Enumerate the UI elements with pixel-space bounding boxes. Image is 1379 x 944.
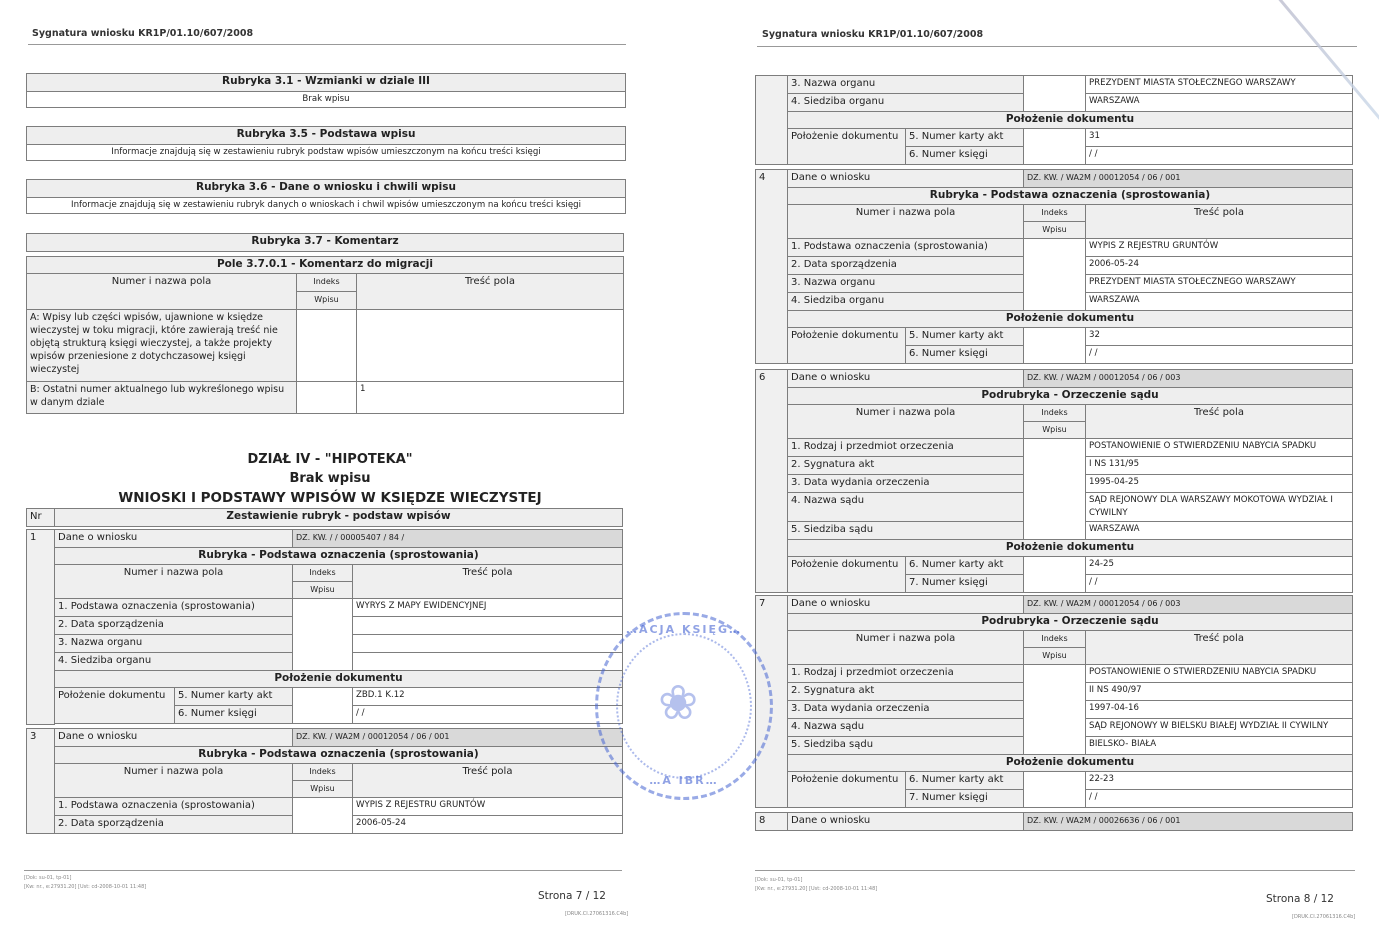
field-value: ZBD.1 K.12 — [353, 688, 623, 706]
field-name: 5. Numer karty akt — [175, 688, 293, 706]
field-index — [1024, 772, 1086, 808]
field-name: 4. Siedziba organu — [55, 653, 293, 671]
rubryka-content: Informacje znajdują się w zestawieniu ru… — [27, 145, 626, 161]
signature: Sygnatura wniosku KR1P/01.10/607/2008 — [32, 28, 253, 39]
nr-header: Nr — [27, 509, 55, 527]
field-value: WARSZAWA — [1086, 94, 1353, 112]
entry-number: 6 — [756, 370, 788, 593]
field-value: WARSZAWA — [1086, 293, 1353, 311]
col-content-header: Treść pola — [353, 565, 623, 599]
entry-number-cont — [756, 76, 788, 165]
col-index-header: Indeks — [297, 274, 357, 292]
field-value: SĄD REJONOWY W BIELSKU BIAŁEJ WYDZIAŁ II… — [1086, 719, 1353, 737]
page-number: Strona 8 / 12 — [1266, 893, 1334, 905]
rubryka-title: Podrubryka - Orzeczenie sądu — [788, 614, 1353, 631]
field-name: 2. Data sporządzenia — [55, 617, 293, 635]
field-value: WYPIS Z REJESTRU GRUNTÓW — [1086, 239, 1353, 257]
rubryka-3-6: Rubryka 3.6 - Dane o wniosku i chwili wp… — [26, 179, 626, 214]
field-value: WARSZAWA — [1086, 522, 1353, 540]
page-left: Sygnatura wniosku KR1P/01.10/607/2008 Ru… — [0, 0, 660, 944]
field-name: 1. Rodzaj i przedmiot orzeczenia — [788, 439, 1024, 457]
polozenie-title: Położenie dokumentu — [788, 112, 1353, 129]
field-name: 6. Numer księgi — [175, 706, 293, 724]
field-index — [293, 798, 353, 834]
dzial-iv-status: Brak wpisu — [0, 471, 660, 486]
rubryka-3-1: Rubryka 3.1 - Wzmianki w dziale III Brak… — [26, 73, 626, 108]
dane-value: DZ. KW. / WA2M / 00012054 / 06 / 001 — [293, 729, 623, 747]
col-name-header: Numer i nazwa pola — [55, 764, 293, 798]
polozenie-label: Położenie dokumentu — [55, 688, 175, 724]
field-name: 3. Nazwa organu — [55, 635, 293, 653]
dane-label: Dane o wniosku — [55, 729, 293, 747]
field-value: WYRYS Z MAPY EWIDENCYJNEJ — [353, 599, 623, 617]
field-value: PREZYDENT MIASTA STOŁECZNEGO WARSZAWY — [1086, 275, 1353, 293]
col-content-header: Treść pola — [353, 764, 623, 798]
signature: Sygnatura wniosku KR1P/01.10/607/2008 — [762, 29, 983, 40]
field-index — [1024, 328, 1086, 364]
footer-doc-info: [Dok: su-01, tp-01] — [24, 874, 71, 882]
field-name: 2. Sygnatura akt — [788, 457, 1024, 475]
field-name: 2. Data sporządzenia — [788, 257, 1024, 275]
footer-kw-info: [Kw: nr., e:27931.20] [Ust: cd-2008-10-0… — [755, 885, 877, 893]
dane-label: Dane o wniosku — [788, 596, 1024, 614]
stamp-top-text: …ACJA KSIĘG… — [598, 623, 770, 636]
rubryka-title: Rubryka 3.7 - Komentarz — [27, 234, 624, 252]
rubryka-title: Rubryka 3.1 - Wzmianki w dziale III — [27, 74, 626, 92]
field-value: 1 — [357, 382, 624, 414]
field-value: BIELSKO- BIAŁA — [1086, 737, 1353, 755]
field-name: 6. Numer karty akt — [906, 557, 1024, 575]
field-name: 7. Numer księgi — [906, 575, 1024, 593]
col-wpisu-header: Wpisu — [293, 781, 353, 798]
dzial-iv-title: DZIAŁ IV - "HIPOTEKA" — [0, 452, 660, 467]
col-content-header: Treść pola — [1086, 405, 1353, 439]
header-divider — [28, 44, 626, 45]
field-name: 3. Data wydania orzeczenia — [788, 701, 1024, 719]
field-name: 3. Data wydania orzeczenia — [788, 475, 1024, 493]
field-index — [297, 382, 357, 414]
rubryka-title: Rubryka 3.6 - Dane o wniosku i chwili wp… — [27, 180, 626, 198]
field-index — [1024, 439, 1086, 540]
pole-3-7-0-1: Pole 3.7.0.1 - Komentarz do migracji Num… — [26, 256, 624, 414]
field-value: / / — [1086, 790, 1353, 808]
polozenie-title: Położenie dokumentu — [788, 540, 1353, 557]
polozenie-label: Położenie dokumentu — [788, 328, 906, 364]
rubryka-3-5: Rubryka 3.5 - Podstawa wpisu Informacje … — [26, 126, 626, 161]
pole-title: Pole 3.7.0.1 - Komentarz do migracji — [27, 257, 624, 274]
rubryka-title: Rubryka - Podstawa oznaczenia (sprostowa… — [55, 747, 623, 764]
field-name: 2. Data sporządzenia — [55, 816, 293, 834]
field-value: / / — [1086, 346, 1353, 364]
field-value: I NS 131/95 — [1086, 457, 1353, 475]
page-right: Sygnatura wniosku KR1P/01.10/607/2008 3.… — [735, 0, 1379, 944]
field-value: 2006-05-24 — [353, 816, 623, 834]
dane-value: DZ. KW. / WA2M / 00026636 / 06 / 001 — [1024, 813, 1353, 831]
field-value: II NS 490/97 — [1086, 683, 1353, 701]
footer-print-code: [DRUK.CI.27061316.C4b] — [565, 910, 628, 918]
field-value: / / — [1086, 575, 1353, 593]
col-index-header: Indeks — [293, 764, 353, 781]
col-index-header: Indeks — [1024, 631, 1086, 648]
rubryka-title: Podrubryka - Orzeczenie sądu — [788, 388, 1353, 405]
field-index — [1024, 665, 1086, 755]
polozenie-label: Położenie dokumentu — [788, 129, 906, 165]
field-value: POSTANOWIENIE O STWIERDZENIU NABYCIA SPA… — [1086, 439, 1353, 457]
rubryka-content: Brak wpisu — [27, 92, 626, 108]
entry-6: 6 Dane o wniosku DZ. KW. / WA2M / 000120… — [755, 369, 1353, 593]
field-name: 3. Nazwa organu — [788, 275, 1024, 293]
field-value — [357, 310, 624, 382]
field-value: 32 — [1086, 328, 1353, 346]
field-value: 24-25 — [1086, 557, 1353, 575]
field-name: 1. Podstawa oznaczenia (sprostowania) — [788, 239, 1024, 257]
col-name-header: Numer i nazwa pola — [788, 405, 1024, 439]
field-value: 22-23 — [1086, 772, 1353, 790]
field-name: 4. Nazwa sądu — [788, 493, 1024, 522]
entry-number: 1 — [27, 530, 55, 725]
field-name: 3. Nazwa organu — [788, 76, 1024, 94]
field-name: 4. Nazwa sądu — [788, 719, 1024, 737]
dane-value: DZ. KW. / WA2M / 00012054 / 06 / 003 — [1024, 596, 1353, 614]
dane-label: Dane o wniosku — [788, 170, 1024, 188]
footer-divider — [755, 870, 1355, 871]
col-wpisu-header: Wpisu — [1024, 422, 1086, 439]
stamp-bottom-text: …A IBR… — [598, 774, 770, 787]
field-name: 5. Siedziba sądu — [788, 737, 1024, 755]
field-name: 7. Numer księgi — [906, 790, 1024, 808]
field-name: 1. Podstawa oznaczenia (sprostowania) — [55, 798, 293, 816]
entry-number: 4 — [756, 170, 788, 364]
col-content-header: Treść pola — [357, 274, 624, 310]
col-wpisu-header: Wpisu — [1024, 648, 1086, 665]
dane-label: Dane o wniosku — [55, 530, 293, 548]
field-value: / / — [1086, 147, 1353, 165]
field-name: 4. Siedziba organu — [788, 94, 1024, 112]
col-index-header: Indeks — [1024, 205, 1086, 222]
field-name: 1. Rodzaj i przedmiot orzeczenia — [788, 665, 1024, 683]
wnioski-title: WNIOSKI I PODSTAWY WPISÓW W KSIĘDZE WIEC… — [0, 490, 660, 506]
field-name: 6. Numer karty akt — [906, 772, 1024, 790]
dane-value: DZ. KW. / WA2M / 00012054 / 06 / 003 — [1024, 370, 1353, 388]
dane-value: DZ. KW. / / 00005407 / 84 / — [293, 530, 623, 548]
field-name: 1. Podstawa oznaczenia (sprostowania) — [55, 599, 293, 617]
dane-label: Dane o wniosku — [788, 370, 1024, 388]
field-index — [293, 688, 353, 724]
field-name: 2. Sygnatura akt — [788, 683, 1024, 701]
footer-divider — [24, 870, 622, 871]
col-index-header: Indeks — [1024, 405, 1086, 422]
field-name: 6. Numer księgi — [906, 147, 1024, 165]
zestawienie-header: Nr Zestawienie rubryk - podstaw wpisów — [26, 508, 623, 527]
field-index — [297, 310, 357, 382]
field-value — [353, 617, 623, 635]
col-wpisu-header: Wpisu — [297, 292, 357, 310]
field-value: POSTANOWIENIE O STWIERDZENIU NABYCIA SPA… — [1086, 665, 1353, 683]
header-divider — [757, 46, 1357, 47]
polozenie-title: Położenie dokumentu — [788, 755, 1353, 772]
field-name: 6. Numer księgi — [906, 346, 1024, 364]
field-index — [1024, 239, 1086, 311]
field-value: 2006-05-24 — [1086, 257, 1353, 275]
polozenie-title: Położenie dokumentu — [55, 671, 623, 688]
field-index — [1024, 557, 1086, 593]
entry-4: 4 Dane o wniosku DZ. KW. / WA2M / 000120… — [755, 169, 1353, 364]
eagle-emblem-icon: ❀ — [658, 675, 698, 731]
field-value: / / — [353, 706, 623, 724]
entry-1: 1 Dane o wniosku DZ. KW. / / 00005407 / … — [26, 529, 623, 725]
field-value: 1995-04-25 — [1086, 475, 1353, 493]
rubryka-title: Rubryka - Podstawa oznaczenia (sprostowa… — [55, 548, 623, 565]
col-wpisu-header: Wpisu — [1024, 222, 1086, 239]
entry-number: 3 — [27, 729, 55, 834]
col-name-header: Numer i nazwa pola — [55, 565, 293, 599]
footer-kw-info: [Kw: nr., e:27931.20] [Ust: cd-2008-10-0… — [24, 883, 146, 891]
footer-print-code: [DRUK.CI.27061316.C4b] — [1292, 913, 1355, 921]
page-number: Strona 7 / 12 — [538, 890, 606, 902]
field-name: 5. Numer karty akt — [906, 129, 1024, 147]
field-index — [1024, 76, 1086, 112]
entry-3-continuation: 3. Nazwa organu PREZYDENT MIASTA STOŁECZ… — [755, 75, 1353, 165]
field-name: 4. Siedziba organu — [788, 293, 1024, 311]
col-content-header: Treść pola — [1086, 205, 1353, 239]
field-name: 5. Siedziba sądu — [788, 522, 1024, 540]
polozenie-title: Położenie dokumentu — [788, 311, 1353, 328]
col-index-header: Indeks — [293, 565, 353, 582]
rubryka-content: Informacje znajdują się w zestawieniu ru… — [27, 198, 626, 214]
col-name-header: Numer i nazwa pola — [788, 205, 1024, 239]
polozenie-label: Położenie dokumentu — [788, 557, 906, 593]
col-name-header: Numer i nazwa pola — [27, 274, 297, 310]
field-value — [353, 653, 623, 671]
field-name: B: Ostatni numer aktualnego lub wykreślo… — [27, 382, 297, 414]
zestawienie-title: Zestawienie rubryk - podstaw wpisów — [55, 509, 623, 527]
dane-value: DZ. KW. / WA2M / 00012054 / 06 / 001 — [1024, 170, 1353, 188]
col-content-header: Treść pola — [1086, 631, 1353, 665]
field-index — [1024, 129, 1086, 165]
dane-label: Dane o wniosku — [788, 813, 1024, 831]
field-value: WYPIS Z REJESTRU GRUNTÓW — [353, 798, 623, 816]
col-wpisu-header: Wpisu — [293, 582, 353, 599]
field-value: 31 — [1086, 129, 1353, 147]
field-value: SĄD REJONOWY DLA WARSZAWY MOKOTOWA WYDZI… — [1086, 493, 1353, 522]
entry-7: 7 Dane o wniosku DZ. KW. / WA2M / 000120… — [755, 595, 1353, 808]
field-name: A: Wpisy lub części wpisów, ujawnione w … — [27, 310, 297, 382]
col-name-header: Numer i nazwa pola — [788, 631, 1024, 665]
rubryka-title: Rubryka - Podstawa oznaczenia (sprostowa… — [788, 188, 1353, 205]
field-index — [293, 599, 353, 671]
polozenie-label: Położenie dokumentu — [788, 772, 906, 808]
field-value: PREZYDENT MIASTA STOŁECZNEGO WARSZAWY — [1086, 76, 1353, 94]
entry-3: 3 Dane o wniosku DZ. KW. / WA2M / 000120… — [26, 728, 623, 834]
field-name: 5. Numer karty akt — [906, 328, 1024, 346]
rubryka-3-7: Rubryka 3.7 - Komentarz — [26, 233, 624, 252]
field-value — [353, 635, 623, 653]
entry-number: 8 — [756, 813, 788, 831]
court-stamp: …ACJA KSIĘG… ❀ …A IBR… — [595, 612, 773, 800]
footer-doc-info: [Dok: su-01, tp-01] — [755, 876, 802, 884]
entry-8: 8 Dane o wniosku DZ. KW. / WA2M / 000266… — [755, 812, 1353, 831]
rubryka-title: Rubryka 3.5 - Podstawa wpisu — [27, 127, 626, 145]
field-value: 1997-04-16 — [1086, 701, 1353, 719]
